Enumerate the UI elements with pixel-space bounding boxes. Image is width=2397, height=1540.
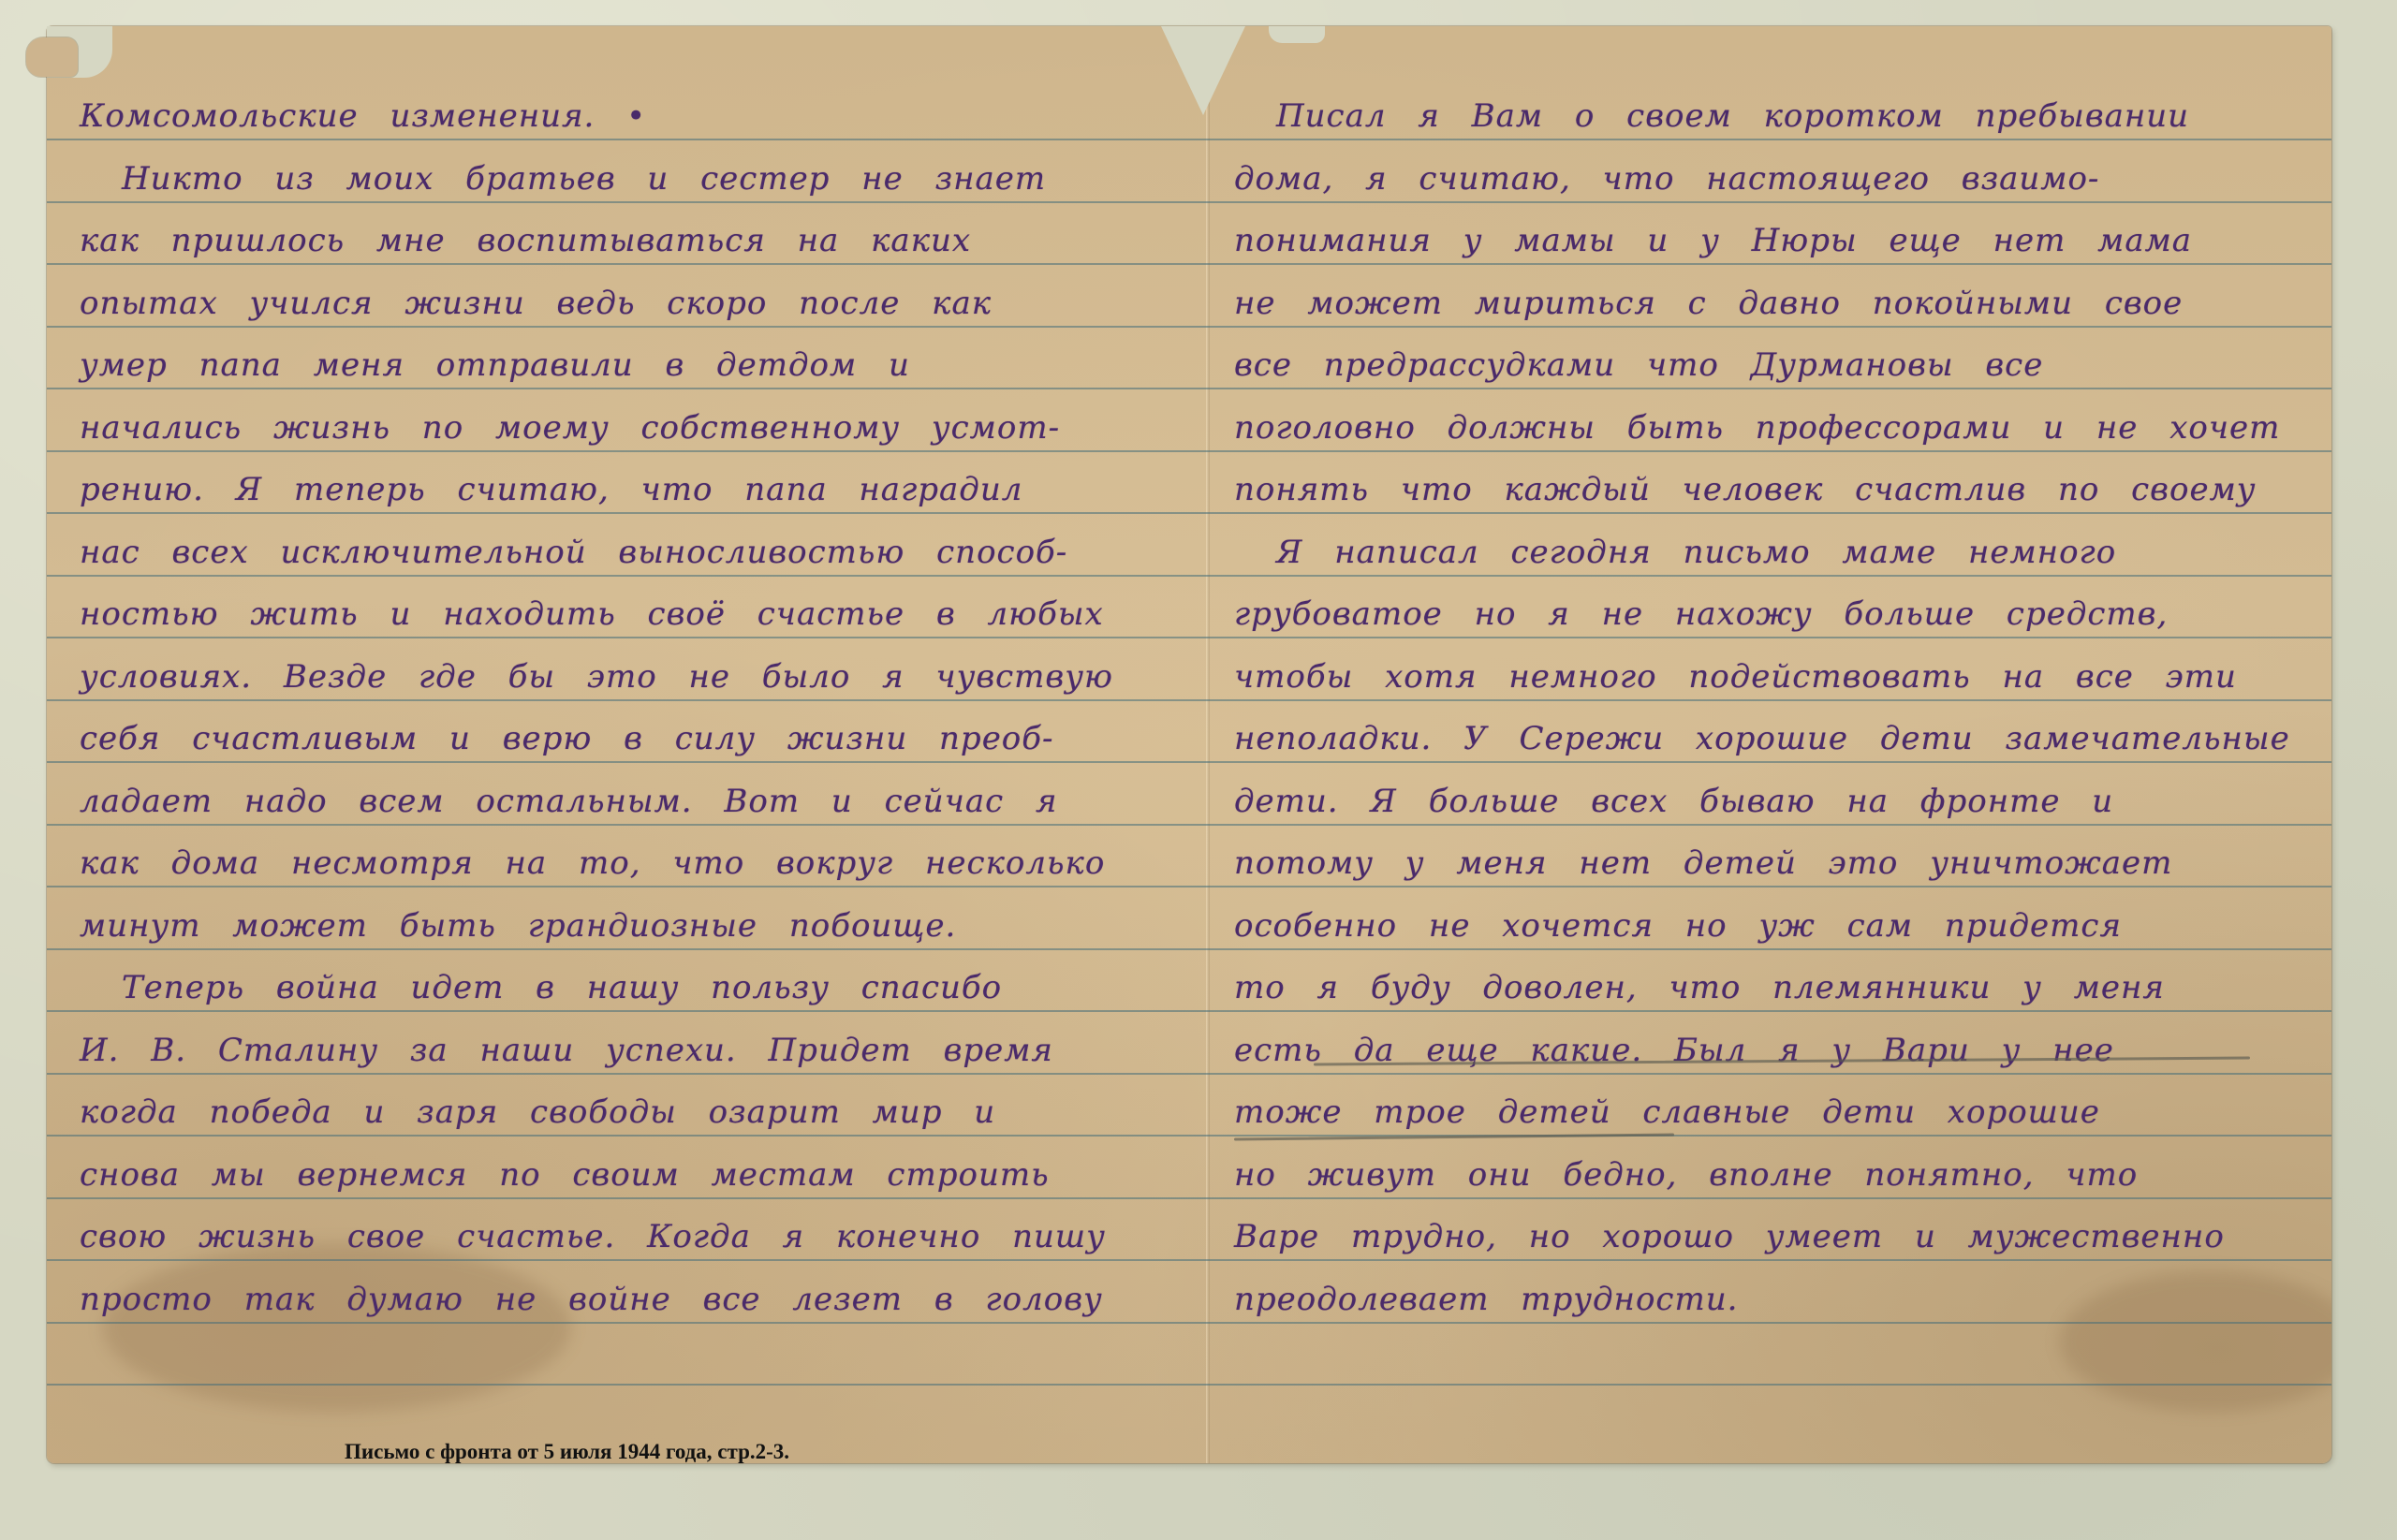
handwritten-line: свою жизнь свое счастье. Когда я конечно… <box>80 1218 1203 1255</box>
handwritten-line: ладает надо всем остальным. Вот и сейчас… <box>80 783 1203 820</box>
handwritten-line: дети. Я больше всех бываю на фронте и <box>1234 783 2320 820</box>
handwritten-line: как пришлось мне воспитываться на каких <box>80 222 1203 259</box>
handwritten-line: то я буду доволен, что племянники у меня <box>1234 969 2320 1006</box>
handwritten-line: Варе трудно, но хорошо умеет и мужествен… <box>1234 1218 2320 1255</box>
handwritten-line: грубоватое но я не нахожу больше средств… <box>1234 595 2320 633</box>
handwritten-line: снова мы вернемся по своим местам строит… <box>80 1156 1203 1194</box>
handwritten-line: чтобы хотя немного подействовать на все … <box>1234 658 2320 696</box>
handwritten-line: но живут они бедно, вполне понятно, что <box>1234 1156 2320 1194</box>
handwritten-line: минут может быть грандиозные побоище. <box>80 907 1203 945</box>
handwritten-line: поголовно должны быть профессорами и не … <box>1234 409 2320 447</box>
handwritten-line: Комсомольские изменения. • <box>80 97 1203 135</box>
handwritten-line: себя счастливым и верю в силу жизни прео… <box>80 720 1203 757</box>
handwritten-line: рению. Я теперь считаю, что папа награди… <box>80 471 1203 508</box>
handwritten-line: опытах учился жизни ведь скоро после как <box>80 285 1203 322</box>
left-page: Комсомольские изменения. •Никто из моих … <box>80 26 1203 1463</box>
handwritten-line: все предрассудками что Дурмановы все <box>1234 346 2320 384</box>
handwritten-line: условиях. Везде где бы это не было я чув… <box>80 658 1203 696</box>
handwritten-line: умер папа меня отправили в детдом и <box>80 346 1203 384</box>
handwritten-line: когда победа и заря свободы озарит мир и <box>80 1093 1203 1131</box>
pencil-underline <box>1234 1134 1674 1141</box>
center-fold <box>1206 26 1210 1463</box>
handwritten-line: И. В. Сталину за наши успехи. Придет вре… <box>80 1032 1203 1069</box>
torn-flap <box>26 37 78 77</box>
handwritten-line: просто так думаю не войне все лезет в го… <box>80 1281 1203 1318</box>
torn-top-center <box>1161 26 1245 115</box>
handwritten-line: как дома несмотря на то, что вокруг неск… <box>80 844 1203 882</box>
handwritten-line: Никто из моих братьев и сестер не знает <box>80 160 1245 198</box>
right-page: Писал я Вам о своем коротком пребываниид… <box>1234 26 2320 1463</box>
handwritten-line: не может мириться с давно покойными свое <box>1234 285 2320 322</box>
letter-sheet: Комсомольские изменения. •Никто из моих … <box>47 26 2331 1463</box>
handwritten-line: нас всех исключительной выносливостью сп… <box>80 534 1203 571</box>
handwritten-line: Теперь война идет в нашу пользу спасибо <box>80 969 1245 1006</box>
handwritten-line: преодолевает трудности. <box>1234 1281 2320 1318</box>
handwritten-line: Я написал сегодня письмо маме немного <box>1234 534 2331 571</box>
handwritten-line: ностью жить и находить своё счастье в лю… <box>80 595 1203 633</box>
handwritten-line: понимания у мамы и у Нюры еще нет мама <box>1234 222 2320 259</box>
handwritten-line: особенно не хочется но уж сам придется <box>1234 907 2320 945</box>
torn-top-edge <box>1269 26 1325 43</box>
handwritten-line: начались жизнь по моему собственному усм… <box>80 409 1203 447</box>
handwritten-line: понять что каждый человек счастлив по св… <box>1234 471 2320 508</box>
handwritten-line: Писал я Вам о своем коротком пребывании <box>1234 97 2331 135</box>
document-caption: Письмо с фронта от 5 июля 1944 года, стр… <box>345 1440 789 1464</box>
handwritten-line: потому у меня нет детей это уничтожает <box>1234 844 2320 882</box>
handwritten-line: дома, я считаю, что настоящего взаимо- <box>1234 160 2320 198</box>
handwritten-line: неполадки. У Сережи хорошие дети замечат… <box>1234 720 2320 757</box>
handwritten-line: тоже трое детей славные дети хорошие <box>1234 1093 2320 1131</box>
